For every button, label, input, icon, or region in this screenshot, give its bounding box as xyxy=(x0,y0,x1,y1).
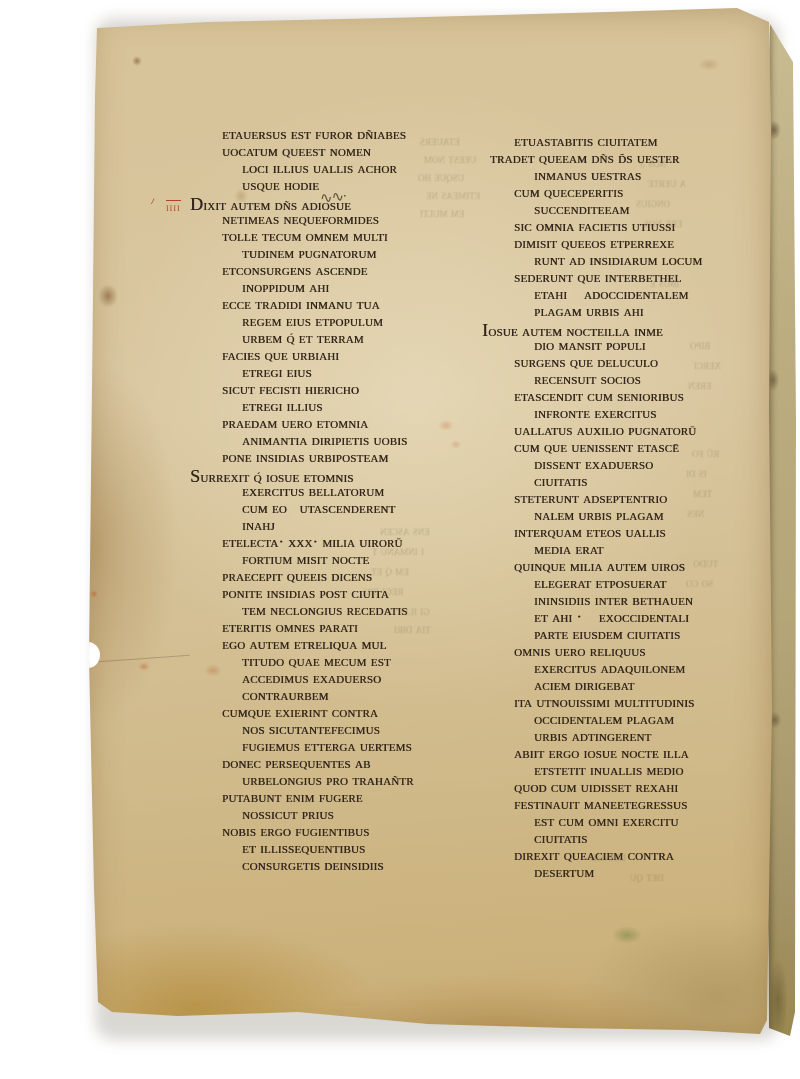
text-line: elegerat etposuerat xyxy=(534,575,790,592)
verso-showthrough: em q́ et xyxy=(368,564,409,577)
text-line: steterunt adseptentrio xyxy=(514,490,790,507)
verso-showthrough: etauers xyxy=(420,134,460,147)
text-line: tem neclongius recedatis xyxy=(242,602,498,619)
text-line: nossicut prius xyxy=(242,806,498,823)
text-line: parte eiusdem ciuitatis xyxy=(534,626,790,643)
text-line: donec persequentes ab xyxy=(222,755,498,772)
text-line: interquam eteos uallis xyxy=(514,524,790,541)
text-line: cumque exierint contra xyxy=(222,704,498,721)
text-line: nos sicutantefecimus xyxy=(242,721,498,738)
text-line: inahj xyxy=(242,517,498,534)
stain xyxy=(612,926,642,944)
verso-showthrough: usque ho xyxy=(418,170,464,183)
verso-showthrough: ibus e xyxy=(650,276,679,289)
text-line: ponite insidias post ciuita xyxy=(222,585,498,602)
text-line: festinauit maneetegressus xyxy=(514,796,790,813)
verso-showthrough: a uerte xyxy=(648,176,686,189)
text-line: ego autem etreliqua mul xyxy=(222,636,498,653)
verso-showthrough: gi illi xyxy=(400,604,430,617)
text-line: etstetit inuallis medio xyxy=(534,762,790,779)
parchment-notch xyxy=(76,642,100,668)
text-line: omnis uero reliquus xyxy=(514,643,790,660)
verso-showthrough: eren xyxy=(688,378,712,391)
text-line: tolle tecum omnem multi xyxy=(222,228,498,245)
parchment-page: ⸍ ıııı ∿∿∙ etauersus est furor dñiabeſuo… xyxy=(88,8,772,1038)
text-line: quinque milia autem uiros xyxy=(514,558,790,575)
verso-showthrough: tia diri xyxy=(394,622,431,635)
verso-showthrough: so co xyxy=(686,576,713,589)
verso-showthrough: deinsid xyxy=(590,850,626,863)
verso-showthrough: tem xyxy=(690,486,716,499)
text-line: plagam urbis ahi xyxy=(534,303,790,320)
text-line: iosue autem nocteilla inme xyxy=(482,320,790,337)
verso-showthrough: etimeas ne xyxy=(426,188,480,201)
text-line: inoppidum ahi xyxy=(242,279,498,296)
text-line: et illissequentibus xyxy=(242,840,498,857)
text-line: etregi eius xyxy=(242,364,498,381)
text-line: nobis ergo fugientibus xyxy=(222,823,498,840)
verso-showthrough: nos s xyxy=(640,156,670,169)
text-line: uallatus auxilio pugnatorū xyxy=(514,422,790,439)
verso-showthrough: rū fo xyxy=(692,446,719,459)
verso-showthrough: nes xyxy=(684,506,704,519)
text-line: putabunt enim fugere xyxy=(222,789,498,806)
stain xyxy=(138,662,150,671)
chapter-number: ıııı xyxy=(166,200,181,214)
text-line: facies que urbiahi xyxy=(222,347,498,364)
stain xyxy=(90,590,98,598)
text-line: praecepit queeis dicens xyxy=(222,568,498,585)
verso-showthrough: xerci xyxy=(694,358,721,371)
text-line: urbis adtingerent xyxy=(534,728,790,745)
text-line: nalem urbis plagam xyxy=(534,507,790,524)
text-line: et ahi · exoccidentali xyxy=(534,609,790,626)
verso-showthrough: tudo xyxy=(690,556,718,569)
verso-showthrough: i inmanu t xyxy=(372,544,424,557)
text-line: titudo quae mecum est xyxy=(242,653,498,670)
text-line: recensuit socios xyxy=(534,371,790,388)
text-line: ciuitatis xyxy=(534,473,790,490)
text-line: accedimus exaduerso xyxy=(242,670,498,687)
verso-showthrough: em multi xyxy=(420,206,464,219)
text-line: urbem q́ et terram xyxy=(242,330,498,347)
text-line: infronte exercitus xyxy=(534,405,790,422)
text-line: cum eo utascenderent xyxy=(242,500,498,517)
text-line: etregi illius xyxy=(242,398,498,415)
text-line: aciem dirigebat xyxy=(534,677,790,694)
text-line: sicut fecisti hiericho xyxy=(222,381,498,398)
text-line: direxit queaciem contra xyxy=(514,847,790,864)
text-line: surrexit q́ iosue etomnis xyxy=(190,466,498,483)
stain xyxy=(98,284,118,308)
stain xyxy=(698,58,720,71)
text-line: exercitus bellatorum xyxy=(242,483,498,500)
verso-showthrough: ongius xyxy=(636,196,670,209)
text-line: media erat xyxy=(534,541,790,558)
text-line: etascendit cum senioribus xyxy=(514,388,790,405)
text-line: etconsurgens ascende xyxy=(222,262,498,279)
text-line: tudinem pugnatorum xyxy=(242,245,498,262)
text-line: cum que uenissent etascē xyxy=(514,439,790,456)
text-line: regem eius etpopulum xyxy=(242,313,498,330)
rubric-flourish: ⸍ xyxy=(147,193,159,212)
text-line: surgens que deluculo xyxy=(514,354,790,371)
text-line: ciuitatis xyxy=(534,830,790,847)
stain xyxy=(132,56,142,66)
verso-showthrough: is di xyxy=(686,466,707,479)
manuscript-photo: ⸍ ıııı ∿∿∙ etauersus est furor dñiabeſuo… xyxy=(0,0,800,1079)
text-line: dissent exaduerso xyxy=(534,456,790,473)
verso-showthrough: ere nos xyxy=(644,216,682,229)
text-line: ecce tradidi inmanu tua xyxy=(222,296,498,313)
text-line: fugiemus etterga uertemſ xyxy=(242,738,498,755)
text-line: urbelongius pro trahañtr xyxy=(242,772,498,789)
text-line: consurgetis deinsidiis xyxy=(242,857,498,874)
text-line: runt ad insidiarum locum xyxy=(534,252,790,269)
verso-showthrough: ens ascen xyxy=(380,524,430,537)
text-column-left: etauersus est furor dñiabeſuocatum quees… xyxy=(198,126,498,874)
verso-showthrough: bipo xyxy=(690,338,711,351)
text-line: est cum omni exercitu xyxy=(534,813,790,830)
text-line: praedam uero etomnia xyxy=(222,415,498,432)
text-line: eteritis omnes parati xyxy=(222,619,498,636)
text-line: ininsidiis inter bethauen xyxy=(534,592,790,609)
text-line: animantia diripietis uobiſ xyxy=(242,432,498,449)
text-line: exercitus adaquilonem xyxy=(534,660,790,677)
verso-showthrough: det qu xyxy=(630,870,664,883)
text-line: abiit ergo iosue nocte illa xyxy=(514,745,790,762)
text-line: contraurbem xyxy=(242,687,498,704)
text-line: dimisit queeos etperrexe xyxy=(514,235,790,252)
verso-showthrough: ueest nom xyxy=(424,152,476,165)
text-line: etelecta· xxx· milia uirorū xyxy=(222,534,498,551)
text-line: etuastabitis ciuitatem xyxy=(514,133,790,150)
text-line: quod cum uidisset rexahi xyxy=(514,779,790,796)
text-line: occidentalem plagam xyxy=(534,711,790,728)
text-column-right: etuastabitis ciuitatemtradet queeam dñs … xyxy=(490,133,790,881)
text-line: pone insidias urbiposteam xyxy=(222,449,498,466)
verso-showthrough: regi eiu xyxy=(364,584,403,597)
text-line: ita utnouissimi multitudinis xyxy=(514,694,790,711)
